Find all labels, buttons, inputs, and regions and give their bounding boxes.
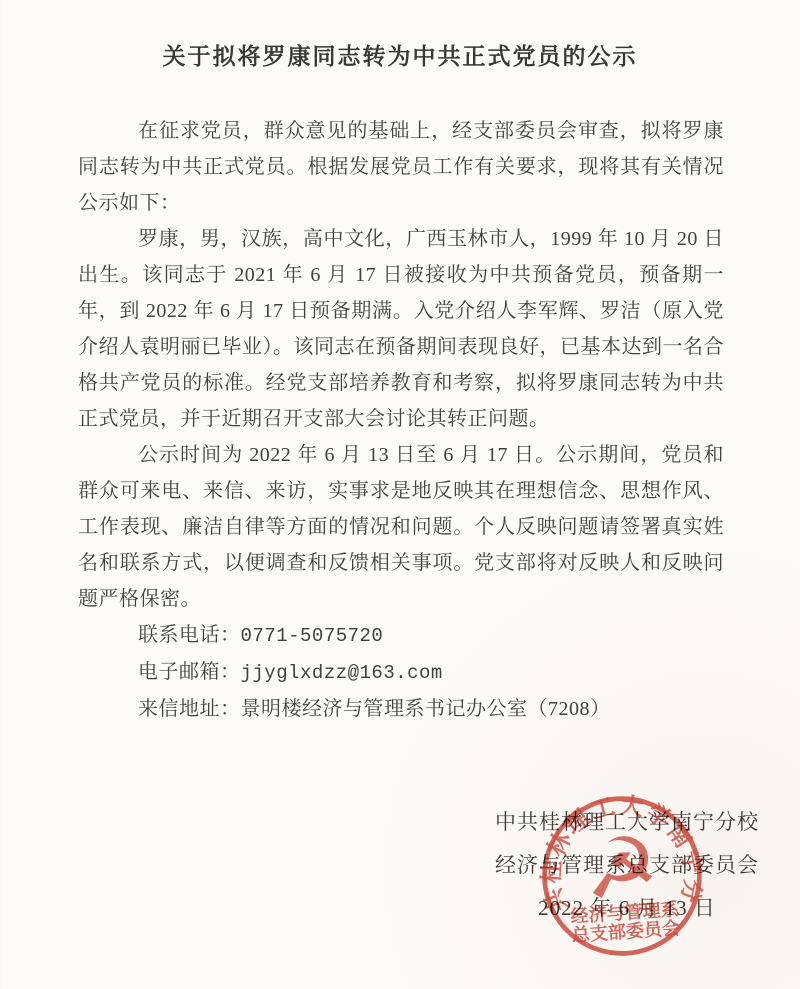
contact-email-value: jjyglxdzz@163.com <box>241 662 443 684</box>
contact-phone-line: 联系电话：0771-5075720 <box>78 617 724 654</box>
contact-address-value: 景明楼经济与管理系书记办公室（7208） <box>241 698 611 720</box>
document-page: 关于拟将罗康同志转为中共正式党员的公示 在征求党员，群众意见的基础上，经支部委员… <box>0 0 800 989</box>
contact-phone-label: 联系电话： <box>138 624 241 646</box>
document-body: 在征求党员，群众意见的基础上，经支部委员会审查，拟将罗康同志转为中共正式党员。根… <box>0 113 800 727</box>
contact-address-line: 来信地址：景明楼经济与管理系书记办公室（7208） <box>78 691 724 727</box>
page-title: 关于拟将罗康同志转为中共正式党员的公示 <box>0 0 800 71</box>
paragraph-publicity-period: 公示时间为 2022 年 6 月 13 日至 6 月 17 日。公示期间，党员和… <box>78 437 724 617</box>
paragraph-member-info: 罗康，男，汉族，高中文化，广西玉林市人，1999 年 10 月 20 日出生。该… <box>78 221 724 437</box>
paragraph-intro: 在征求党员，群众意见的基础上，经支部委员会审查，拟将罗康同志转为中共正式党员。根… <box>78 113 724 221</box>
contact-email-line: 电子邮箱：jjyglxdzz@163.com <box>78 654 724 691</box>
contact-phone-value: 0771-5075720 <box>241 625 384 647</box>
official-seal: 中共桂林理工大学南宁分校 ☭ 经济与管理系 总支部委员会 <box>530 784 714 968</box>
contact-email-label: 电子邮箱： <box>138 661 241 683</box>
contact-address-label: 来信地址： <box>138 698 241 720</box>
